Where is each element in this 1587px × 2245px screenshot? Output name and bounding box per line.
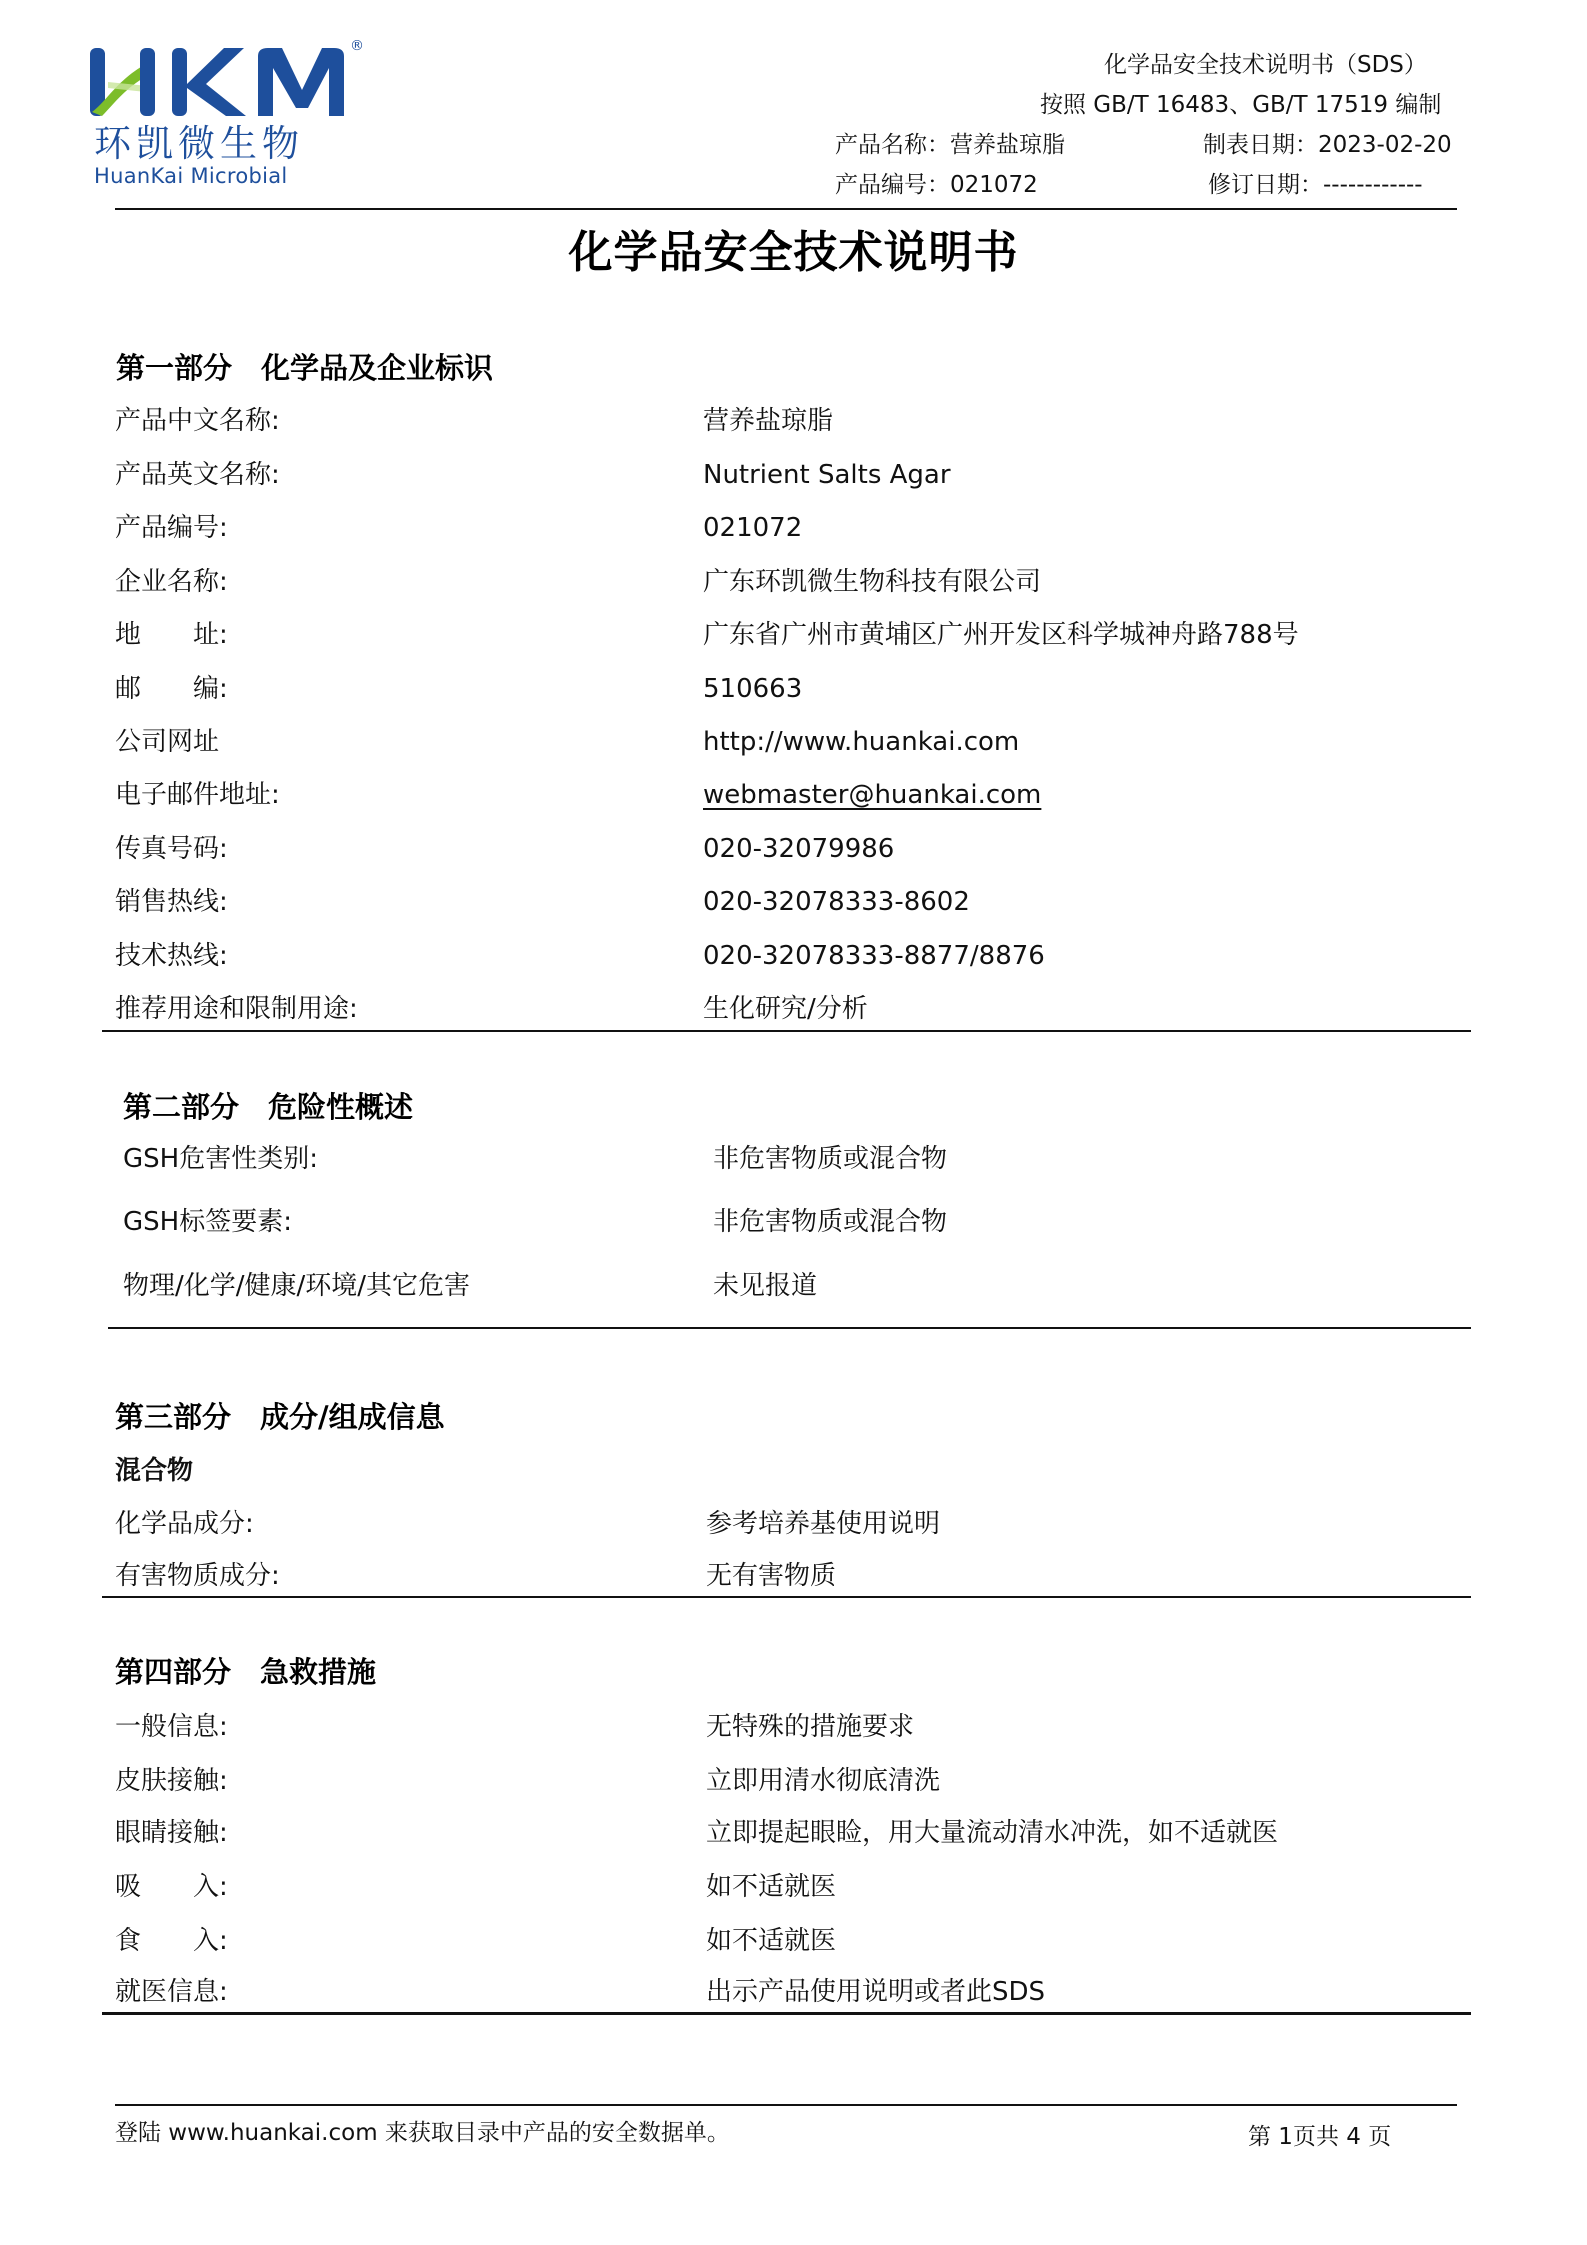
row-value: 生化研究/分析: [703, 992, 868, 1026]
standard-label: 按照 GB/T 16483、GB/T 17519 编制: [1040, 90, 1441, 120]
row-label: 邮 编:: [115, 672, 228, 706]
table-row: 化学品成分: 参考培养基使用说明: [0, 1507, 1587, 1547]
row-value: 非危害物质或混合物: [713, 1205, 947, 1239]
table-row: 产品英文名称: Nutrient Salts Agar: [0, 458, 1587, 498]
row-value: 021072: [703, 511, 802, 545]
prepared-date-value: 2023-02-20: [1318, 132, 1452, 158]
table-row: 物理/化学/健康/环境/其它危害 未见报道: [0, 1269, 1587, 1309]
row-label: 一般信息:: [115, 1710, 228, 1744]
section-2-divider: [108, 1327, 1471, 1329]
row-label: 企业名称:: [115, 565, 228, 599]
row-label: 化学品成分:: [115, 1507, 254, 1541]
table-row: 有害物质成分: 无有害物质: [0, 1559, 1587, 1599]
logo-chinese-name: 环凯微生物: [94, 124, 304, 164]
row-label: 销售热线:: [115, 885, 228, 919]
table-row: 传真号码: 020-32079986: [0, 832, 1587, 872]
table-row: 技术热线: 020-32078333-8877/8876: [0, 939, 1587, 979]
row-value: 未见报道: [713, 1269, 817, 1303]
product-name-header-value: 营养盐琼脂: [950, 132, 1065, 158]
row-label: 吸 入:: [115, 1870, 228, 1904]
section-4-divider: [102, 2012, 1471, 2015]
row-value: 无有害物质: [706, 1559, 836, 1593]
row-value: 非危害物质或混合物: [713, 1142, 947, 1176]
table-row: 公司网址 http://www.huankai.com: [0, 725, 1587, 765]
registered-mark: ®: [350, 38, 364, 54]
row-value: 020-32078333-8602: [703, 885, 970, 919]
prepared-date: 制表日期：2023-02-20: [1203, 130, 1452, 160]
section-2-heading: 第二部分 危险性概述: [123, 1088, 413, 1126]
row-value: 如不适就医: [706, 1870, 836, 1904]
section-3-subheading: 混合物: [115, 1454, 193, 1488]
row-label: 产品中文名称:: [115, 404, 280, 438]
table-row: 产品编号: 021072: [0, 511, 1587, 551]
table-row: 邮 编: 510663: [0, 672, 1587, 712]
table-row: 推荐用途和限制用途: 生化研究/分析: [0, 992, 1587, 1032]
product-name-header-label: 产品名称：: [835, 132, 950, 158]
table-row: 食 入: 如不适就医: [0, 1924, 1587, 1964]
table-row: GSH危害性类别: 非危害物质或混合物: [0, 1142, 1587, 1182]
table-row: 就医信息: 出示产品使用说明或者此SDS: [0, 1975, 1587, 2015]
row-label: 产品英文名称:: [115, 458, 280, 492]
row-label: 地 址:: [115, 618, 228, 652]
product-code-header: 产品编号：021072: [835, 170, 1038, 200]
product-name-header: 产品名称：营养盐琼脂: [835, 130, 1065, 160]
row-label: 公司网址: [115, 725, 219, 759]
row-value: 立即提起眼睑，用大量流动清水冲洗，如不适就医: [706, 1816, 1278, 1850]
revision-date-value: ------------: [1323, 172, 1423, 198]
row-value: Nutrient Salts Agar: [703, 458, 951, 492]
revision-date-label: 修订日期：: [1208, 172, 1323, 198]
table-row: 企业名称: 广东环凯微生物科技有限公司: [0, 565, 1587, 605]
table-row: 眼睛接触: 立即提起眼睑，用大量流动清水冲洗，如不适就医: [0, 1816, 1587, 1856]
row-value: 无特殊的措施要求: [706, 1710, 914, 1744]
row-label: 食 入:: [115, 1924, 228, 1958]
row-value: 出示产品使用说明或者此SDS: [706, 1975, 1045, 2009]
row-label: 电子邮件地址:: [115, 778, 280, 812]
header-divider: [115, 208, 1457, 210]
row-value: 立即用清水彻底清洗: [706, 1764, 940, 1798]
table-row: 一般信息: 无特殊的措施要求: [0, 1710, 1587, 1750]
table-row: 地 址: 广东省广州市黄埔区广州开发区科学城神舟路788号: [0, 618, 1587, 658]
page-indicator: 第 1页共 4 页: [1248, 2122, 1391, 2152]
section-3-divider: [102, 1596, 1471, 1598]
row-label: GSH标签要素:: [123, 1205, 292, 1239]
row-value: 参考培养基使用说明: [706, 1507, 940, 1541]
row-value: 广东省广州市黄埔区广州开发区科学城神舟路788号: [703, 618, 1299, 652]
table-row: 电子邮件地址: webmaster@huankai.com: [0, 778, 1587, 818]
row-label: 就医信息:: [115, 1975, 228, 2009]
logo-english-name: HuanKai Microbial: [94, 164, 288, 188]
prepared-date-label: 制表日期：: [1203, 132, 1318, 158]
row-label: 有害物质成分:: [115, 1559, 280, 1593]
row-value: 020-32079986: [703, 832, 894, 866]
row-value: 020-32078333-8877/8876: [703, 939, 1045, 973]
table-row: 产品中文名称: 营养盐琼脂: [0, 404, 1587, 444]
row-label: 传真号码:: [115, 832, 228, 866]
table-row: GSH标签要素: 非危害物质或混合物: [0, 1205, 1587, 1245]
row-label: 推荐用途和限制用途:: [115, 992, 358, 1026]
email-link[interactable]: webmaster@huankai.com: [703, 778, 1041, 812]
revision-date: 修订日期：------------: [1208, 170, 1423, 200]
row-label: 眼睛接触:: [115, 1816, 228, 1850]
row-value: 营养盐琼脂: [703, 404, 833, 438]
product-code-header-value: 021072: [950, 172, 1038, 198]
table-row: 皮肤接触: 立即用清水彻底清洗: [0, 1764, 1587, 1804]
row-label: 皮肤接触:: [115, 1764, 228, 1798]
hkm-logo-icon: [88, 42, 368, 120]
footer-divider: [115, 2104, 1457, 2106]
doc-type-label: 化学品安全技术说明书（SDS）: [1104, 50, 1427, 80]
page-title: 化学品安全技术说明书: [0, 226, 1587, 280]
section-1-divider: [102, 1030, 1471, 1032]
table-row: 吸 入: 如不适就医: [0, 1870, 1587, 1910]
row-label: 物理/化学/健康/环境/其它危害: [123, 1269, 470, 1303]
section-3-heading: 第三部分 成分/组成信息: [115, 1398, 445, 1436]
section-1-heading: 第一部分 化学品及企业标识: [116, 349, 493, 387]
product-code-header-label: 产品编号：: [835, 172, 950, 198]
table-row: 销售热线: 020-32078333-8602: [0, 885, 1587, 925]
row-label: 技术热线:: [115, 939, 228, 973]
row-value: 如不适就医: [706, 1924, 836, 1958]
section-4-heading: 第四部分 急救措施: [115, 1653, 376, 1691]
footer-note: 登陆 www.huankai.com 来获取目录中产品的安全数据单。: [115, 2118, 730, 2148]
website-link[interactable]: http://www.huankai.com: [703, 725, 1019, 759]
row-value: 510663: [703, 672, 802, 706]
row-value: 广东环凯微生物科技有限公司: [703, 565, 1041, 599]
company-logo: ® 环凯微生物 HuanKai Microbial: [88, 42, 368, 187]
row-label: GSH危害性类别:: [123, 1142, 318, 1176]
row-label: 产品编号:: [115, 511, 228, 545]
